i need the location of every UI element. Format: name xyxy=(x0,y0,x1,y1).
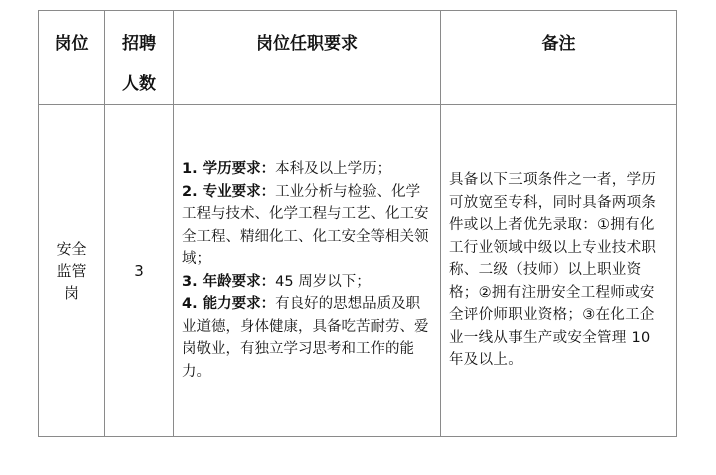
position-name: 安全监管岗 xyxy=(39,238,104,304)
cell-position: 安全监管岗 xyxy=(39,105,105,437)
header-headcount: 招聘 人数 xyxy=(105,11,174,105)
requirement-ability: 4. 能力要求：有良好的思想品质及职业道德，身体健康，具备吃苦耐劳、爱岗敬业，有… xyxy=(182,293,432,383)
header-headcount-line1: 招聘 xyxy=(105,24,173,64)
job-requirements-table: 岗位 招聘 人数 岗位任职要求 备注 安全监管岗 3 1. 学历要求：本科及以上… xyxy=(38,10,677,437)
header-headcount-line2: 人数 xyxy=(105,64,173,104)
requirement-major: 2. 专业要求：工业分析与检验、化学工程与技术、化学工程与工艺、化工安全工程、精… xyxy=(182,181,432,271)
cell-headcount: 3 xyxy=(105,105,174,437)
cell-requirements: 1. 学历要求：本科及以上学历； 2. 专业要求：工业分析与检验、化学工程与技术… xyxy=(174,105,441,437)
requirement-age: 3. 年龄要求：45 周岁以下； xyxy=(182,271,432,294)
headcount-value: 3 xyxy=(105,262,173,280)
cell-remarks: 具备以下三项条件之一者，学历可放宽至专科，同时具备两项条件或以上者优先录取：①拥… xyxy=(441,105,677,437)
header-row: 岗位 招聘 人数 岗位任职要求 备注 xyxy=(39,11,677,105)
table-row: 安全监管岗 3 1. 学历要求：本科及以上学历； 2. 专业要求：工业分析与检验… xyxy=(39,105,677,437)
header-position: 岗位 xyxy=(39,11,105,105)
header-requirements: 岗位任职要求 xyxy=(174,11,441,105)
remarks-text: 具备以下三项条件之一者，学历可放宽至专科，同时具备两项条件或以上者优先录取：①拥… xyxy=(441,169,676,372)
requirement-education: 1. 学历要求：本科及以上学历； xyxy=(182,158,432,181)
header-remarks: 备注 xyxy=(441,11,677,105)
requirements-list: 1. 学历要求：本科及以上学历； 2. 专业要求：工业分析与检验、化学工程与技术… xyxy=(174,158,440,383)
